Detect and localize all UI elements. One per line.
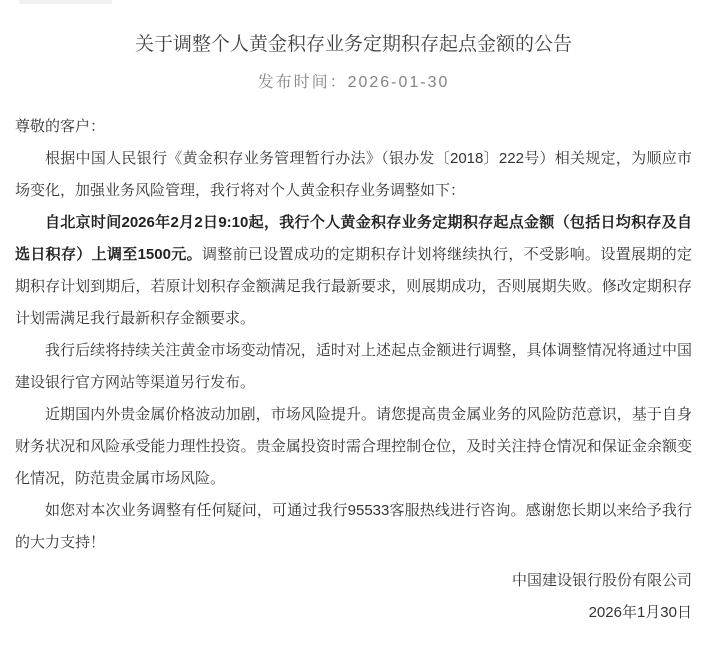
publish-time: 发布时间：2026-01-30 [15,73,692,93]
paragraph-risk-warning-text: 近期国内外贵金属价格波动加剧，市场风险提升。请您提高贵金属业务的风险防范意识，基… [15,406,692,487]
paragraph-adjustment: 自北京时间2026年2月2日9:10起，我行个人黄金积存业务定期积存起点金额（包… [15,207,692,335]
salutation: 尊敬的客户： [15,111,692,143]
page-title: 关于调整个人黄金积存业务定期积存起点金额的公告 [15,31,692,58]
announcement-document: 关于调整个人黄金积存业务定期积存起点金额的公告 发布时间：2026-01-30 … [0,0,711,629]
paragraph-followup-text: 我行后续将持续关注黄金市场变动情况，适时对上述起点金额进行调整，具体调整情况将通… [15,342,692,391]
paragraph-basis-text: 根据中国人民银行《黄金积存业务管理暂行办法》（银办发〔2018〕222号）相关规… [15,150,692,199]
paragraph-contact-text: 如您对本次业务调整有任何疑问，可通过我行95533客服热线进行咨询。感谢您长期以… [15,502,692,551]
signature-block: 中国建设银行股份有限公司 2026年1月30日 [15,565,692,629]
paragraph-contact: 如您对本次业务调整有任何疑问，可通过我行95533客服热线进行咨询。感谢您长期以… [15,495,692,559]
document-body: 尊敬的客户： 根据中国人民银行《黄金积存业务管理暂行办法》（银办发〔2018〕2… [15,111,692,559]
top-edge-cutoff-bar [19,0,112,4]
paragraph-risk-warning: 近期国内外贵金属价格波动加剧，市场风险提升。请您提高贵金属业务的风险防范意识，基… [15,399,692,495]
signature-company: 中国建设银行股份有限公司 [15,565,692,597]
paragraph-basis: 根据中国人民银行《黄金积存业务管理暂行办法》（银办发〔2018〕222号）相关规… [15,143,692,207]
signature-date: 2026年1月30日 [15,597,692,629]
paragraph-followup: 我行后续将持续关注黄金市场变动情况，适时对上述起点金额进行调整，具体调整情况将通… [15,335,692,399]
